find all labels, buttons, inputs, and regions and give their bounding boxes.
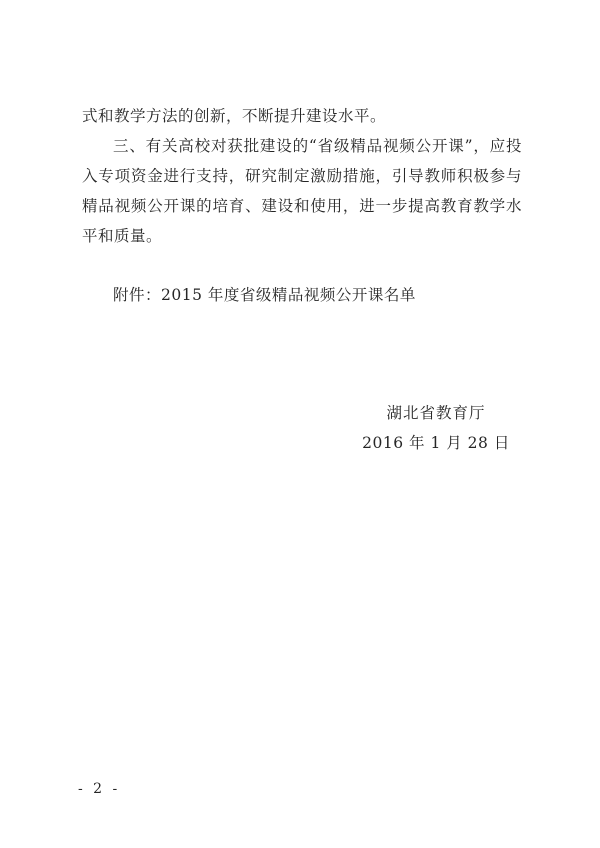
document-body: 式和教学方法的创新，不断提升建设水平。 三、有关高校对获批建设的“省级精品视频公… bbox=[82, 101, 522, 251]
issue-date: 2016 年 1 月 28 日 bbox=[358, 428, 514, 458]
issuer-name: 湖北省教育厅 bbox=[358, 398, 514, 428]
document-page: 式和教学方法的创新，不断提升建设水平。 三、有关高校对获批建设的“省级精品视频公… bbox=[0, 0, 600, 848]
paragraph-item-three: 三、有关高校对获批建设的“省级精品视频公开课”，应投入专项资金进行支持，研究制定… bbox=[82, 131, 522, 251]
attachment-line: 附件：2015 年度省级精品视频公开课名单 bbox=[82, 280, 522, 310]
page-number: - 2 - bbox=[78, 781, 120, 797]
paragraph-continuation: 式和教学方法的创新，不断提升建设水平。 bbox=[82, 101, 522, 131]
signature-block: 湖北省教育厅 2016 年 1 月 28 日 bbox=[358, 398, 514, 458]
